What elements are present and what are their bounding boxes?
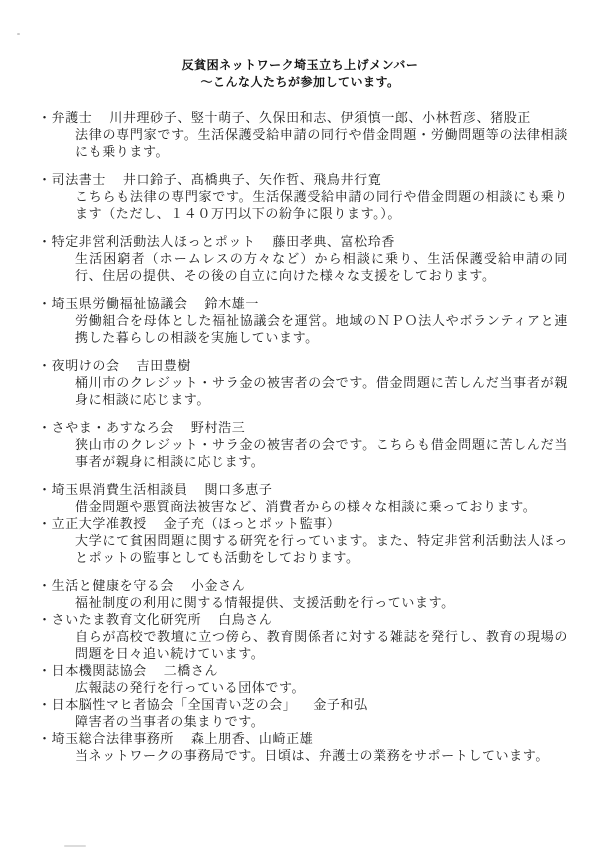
member-names: 鈴木雄一 bbox=[205, 296, 259, 311]
member-org: 日本機関誌協会 bbox=[52, 663, 147, 678]
member-entry: ・埼玉総合法律事務所森上朋香、山崎正雄 当ネットワークの事務局です。日頃は、弁護… bbox=[38, 730, 568, 764]
document-title-line1: 反貧困ネットワーク埼玉立ち上げメンバー bbox=[0, 57, 600, 74]
member-org: 立正大学准教授 bbox=[52, 516, 147, 531]
bullet-marker: ・ bbox=[38, 358, 52, 373]
member-description: 法律の専門家です。生活保護受給申請の同行や借金問題・労働問題等の法律相談にも乗り… bbox=[38, 126, 568, 160]
bullet-marker: ・ bbox=[38, 578, 52, 593]
member-org: 日本脳性マヒ者協会「全国青い芝の会」 bbox=[52, 697, 297, 712]
bullet-marker: ・ bbox=[38, 731, 52, 746]
bullet-marker: ・ bbox=[38, 516, 52, 531]
member-org: 埼玉県消費生活相談員 bbox=[52, 482, 188, 497]
member-header: ・弁護士川井理砂子、竪十萌子、久保田和志、伊須慎一郎、小林哲彦、猪股正 bbox=[38, 109, 568, 126]
member-description: 当ネットワークの事務局です。日頃は、弁護士の業務をサポートしています。 bbox=[38, 747, 568, 764]
member-description: 自らが高校で教壇に立つ傍ら、教育関係者に対する雑誌を発行し、教育の現場の問題を日… bbox=[38, 628, 568, 662]
member-entry: ・日本脳性マヒ者協会「全国青い芝の会」金子和弘 障害者の当事者の集まりです。 bbox=[38, 696, 568, 730]
bullet-marker: ・ bbox=[38, 482, 52, 497]
bullet-marker: ・ bbox=[38, 420, 52, 435]
member-names: 吉田豊樹 bbox=[137, 358, 191, 373]
member-names: 二橋さん bbox=[164, 663, 218, 678]
member-names: 川井理砂子、竪十萌子、久保田和志、伊須慎一郎、小林哲彦、猪股正 bbox=[109, 110, 531, 125]
member-names: 関口多恵子 bbox=[205, 482, 273, 497]
bullet-marker: ・ bbox=[38, 612, 52, 627]
member-names: 森上朋香、山崎正雄 bbox=[191, 731, 313, 746]
member-header: ・立正大学准教授金子充（ほっとポット監事） bbox=[38, 515, 568, 532]
member-entry: ・埼玉県消費生活相談員関口多恵子 借金問題や悪質商法被害など、消費者からの様々な… bbox=[38, 481, 568, 515]
member-org: 埼玉総合法律事務所 bbox=[52, 731, 174, 746]
member-entry: ・特定非営利活動法人ほっとポット藤田孝典、富松玲香 生活困窮者（ホームレスの方々… bbox=[38, 233, 568, 284]
member-entry: ・立正大学准教授金子充（ほっとポット監事） 大学にて貧困問題に関する研究を行って… bbox=[38, 515, 568, 566]
member-description: 桶川市のクレジット・サラ金の被害者の会です。借金問題に苦しんだ当事者が親身に相談… bbox=[38, 374, 568, 408]
bullet-marker: ・ bbox=[38, 110, 52, 125]
member-names: 藤田孝典、富松玲香 bbox=[273, 234, 395, 249]
member-description: 生活困窮者（ホームレスの方々など）から相談に乗り、生活保護受給申請の同行、住居の… bbox=[38, 250, 568, 284]
member-names: 小金さん bbox=[191, 578, 245, 593]
member-entry: ・夜明けの会吉田豊樹 桶川市のクレジット・サラ金の被害者の会です。借金問題に苦し… bbox=[38, 357, 568, 408]
member-header: ・埼玉県消費生活相談員関口多恵子 bbox=[38, 481, 568, 498]
member-org: 生活と健康を守る会 bbox=[52, 578, 174, 593]
member-description: 労働組合を母体とした福祉協議会を運営。地域のＮＰＯ法人やボランティアと連携した暮… bbox=[38, 312, 568, 346]
member-org: 弁護士 bbox=[52, 110, 93, 125]
scan-artifact bbox=[17, 33, 20, 35]
member-header: ・特定非営利活動法人ほっとポット藤田孝典、富松玲香 bbox=[38, 233, 568, 250]
member-header: ・埼玉総合法律事務所森上朋香、山崎正雄 bbox=[38, 730, 568, 747]
member-names: 野村浩三 bbox=[191, 420, 245, 435]
member-description: 大学にて貧困問題に関する研究を行っています。また、特定非営利活動法人ほっとポット… bbox=[38, 532, 568, 566]
bullet-marker: ・ bbox=[38, 296, 52, 311]
member-entry: ・埼玉県労働福祉協議会鈴木雄一 労働組合を母体とした福祉協議会を運営。地域のＮＰ… bbox=[38, 295, 568, 346]
member-entry: ・司法書士井口鈴子、髙橋典子、矢作哲、飛鳥井行寛 こちらも法律の専門家です。生活… bbox=[38, 171, 568, 222]
member-header: ・埼玉県労働福祉協議会鈴木雄一 bbox=[38, 295, 568, 312]
member-header: ・さいたま教育文化研究所白鳥さん bbox=[38, 611, 568, 628]
member-description: 広報誌の発行を行っている団体です。 bbox=[38, 679, 568, 696]
document-page: 反貧困ネットワーク埼玉立ち上げメンバー ～こんな人たちが参加しています。 ・弁護… bbox=[0, 0, 600, 849]
document-title-line2: ～こんな人たちが参加しています。 bbox=[0, 74, 600, 91]
member-org: 司法書士 bbox=[52, 172, 106, 187]
member-header: ・司法書士井口鈴子、髙橋典子、矢作哲、飛鳥井行寛 bbox=[38, 171, 568, 188]
member-names: 白鳥さん bbox=[218, 612, 272, 627]
member-org: 特定非営利活動法人ほっとポット bbox=[52, 234, 256, 249]
member-org: さやま・あすなろ会 bbox=[52, 420, 174, 435]
member-description: 借金問題や悪質商法被害など、消費者からの様々な相談に乗っております。 bbox=[38, 498, 568, 515]
member-org: 夜明けの会 bbox=[52, 358, 120, 373]
member-entry: ・生活と健康を守る会小金さん 福祉制度の利用に関する情報提供、支援活動を行ってい… bbox=[38, 577, 568, 611]
member-names: 金子充（ほっとポット監事） bbox=[164, 516, 341, 531]
member-names: 金子和弘 bbox=[313, 697, 367, 712]
member-entry: ・さやま・あすなろ会野村浩三 狭山市のクレジット・サラ金の被害者の会です。こちら… bbox=[38, 419, 568, 470]
member-description: 障害者の当事者の集まりです。 bbox=[38, 713, 568, 730]
document-title: 反貧困ネットワーク埼玉立ち上げメンバー ～こんな人たちが参加しています。 bbox=[0, 0, 600, 91]
member-description: 福祉制度の利用に関する情報提供、支援活動を行っています。 bbox=[38, 594, 568, 611]
member-header: ・さやま・あすなろ会野村浩三 bbox=[38, 419, 568, 436]
member-org: さいたま教育文化研究所 bbox=[52, 612, 202, 627]
member-header: ・日本脳性マヒ者協会「全国青い芝の会」金子和弘 bbox=[38, 696, 568, 713]
member-header: ・夜明けの会吉田豊樹 bbox=[38, 357, 568, 374]
bullet-marker: ・ bbox=[38, 172, 52, 187]
member-description: こちらも法律の専門家です。生活保護受給申請の同行や借金問題の相談にも乗ります（た… bbox=[38, 188, 568, 222]
member-entry: ・日本機関誌協会二橋さん 広報誌の発行を行っている団体です。 bbox=[38, 662, 568, 696]
member-header: ・日本機関誌協会二橋さん bbox=[38, 662, 568, 679]
bullet-marker: ・ bbox=[38, 234, 52, 249]
member-description: 狭山市のクレジット・サラ金の被害者の会です。こちらも借金問題に苦しんだ当事者が親… bbox=[38, 436, 568, 470]
member-entry: ・弁護士川井理砂子、竪十萌子、久保田和志、伊須慎一郎、小林哲彦、猪股正 法律の専… bbox=[38, 109, 568, 160]
member-org: 埼玉県労働福祉協議会 bbox=[52, 296, 188, 311]
bullet-marker: ・ bbox=[38, 697, 52, 712]
member-header: ・生活と健康を守る会小金さん bbox=[38, 577, 568, 594]
member-list: ・弁護士川井理砂子、竪十萌子、久保田和志、伊須慎一郎、小林哲彦、猪股正 法律の専… bbox=[38, 109, 568, 764]
bullet-marker: ・ bbox=[38, 663, 52, 678]
member-entry: ・さいたま教育文化研究所白鳥さん 自らが高校で教壇に立つ傍ら、教育関係者に対する… bbox=[38, 611, 568, 662]
member-names: 井口鈴子、髙橋典子、矢作哲、飛鳥井行寛 bbox=[123, 172, 381, 187]
scan-artifact bbox=[64, 845, 86, 847]
